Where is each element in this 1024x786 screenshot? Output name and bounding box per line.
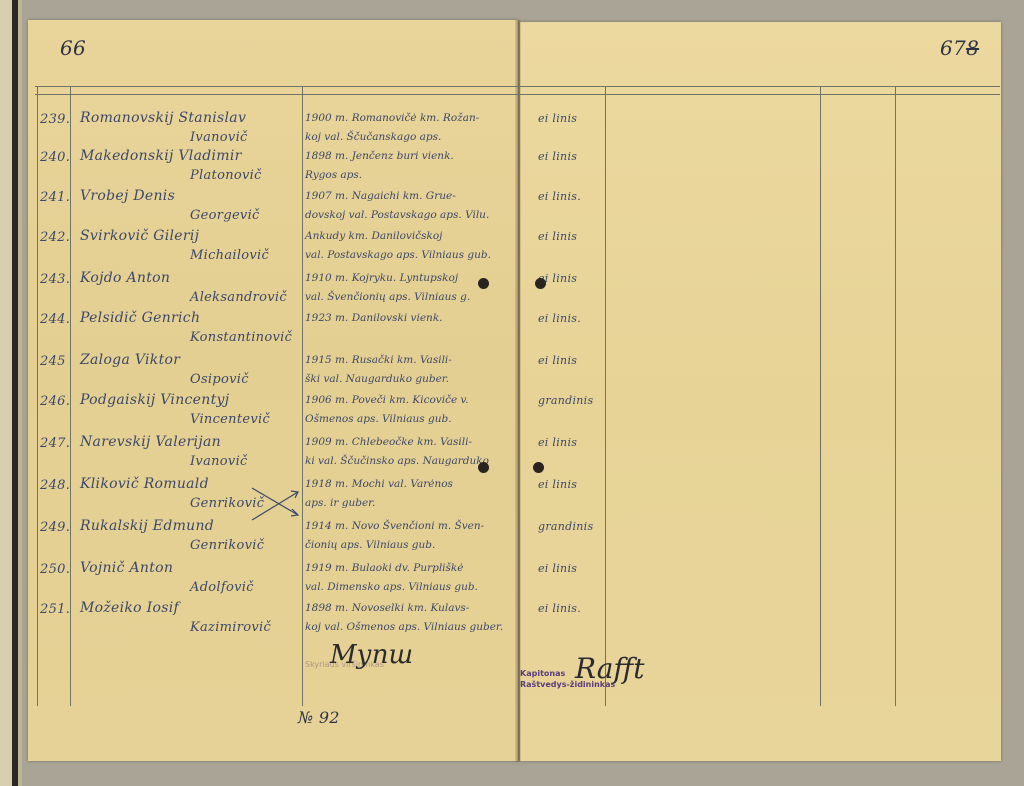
entry-nationality: ei linis bbox=[538, 478, 577, 491]
entry-patronymic: Platonovič bbox=[190, 168, 262, 183]
entry-birth-line-2: ki val. Ščučinsko aps. Naugarduko bbox=[305, 455, 489, 467]
entry-birth-line-1: 1923 m. Danilovski vienk. bbox=[305, 312, 443, 324]
entry-number: 250. bbox=[40, 562, 70, 577]
entry-birth-line-2: dovskoj val. Postavskago aps. Vilu. bbox=[305, 209, 489, 221]
entry-number: 241. bbox=[40, 190, 70, 205]
entry-surname: Podgaiskij Vincentyj bbox=[80, 392, 229, 408]
header-rule-top bbox=[35, 86, 1000, 87]
entry-number: 239. bbox=[40, 112, 70, 127]
entry-birth-line-2: val. Švenčionių aps. Vilniaus g. bbox=[305, 291, 470, 303]
entry-birth-line-1: 1906 m. Poveči km. Kicoviče v. bbox=[305, 394, 469, 406]
entry-patronymic: Vincentevič bbox=[190, 412, 270, 427]
entry-surname: Zaloga Viktor bbox=[80, 352, 180, 368]
sheet-number: № 92 bbox=[298, 708, 340, 727]
entry-patronymic: Aleksandrovič bbox=[190, 290, 287, 305]
left-signature: Мупш bbox=[330, 640, 413, 670]
column-line-right-4 bbox=[895, 86, 896, 706]
column-line-right-3 bbox=[820, 86, 821, 706]
entry-patronymic: Ivanovič bbox=[190, 454, 248, 469]
swap-arrows-icon bbox=[250, 485, 310, 535]
entry-birth-line-2: aps. ir guber. bbox=[305, 497, 375, 509]
entry-patronymic: Michailovič bbox=[190, 248, 269, 263]
entry-birth-line-1: 1918 m. Mochi val. Varėnos bbox=[305, 478, 453, 490]
entry-surname: Možeiko Iosif bbox=[80, 600, 179, 616]
column-line-left-border bbox=[37, 86, 38, 706]
entry-surname: Pelsidič Genrich bbox=[80, 310, 200, 326]
entry-nationality: ei linis bbox=[538, 562, 577, 575]
entry-birth-line-1: 1909 m. Chlebeočke km. Vasili- bbox=[305, 436, 472, 448]
entry-birth-line-1: 1907 m. Nagaichi km. Grue- bbox=[305, 190, 456, 202]
entry-number: 246. bbox=[40, 394, 70, 409]
entry-surname: Kojdo Anton bbox=[80, 270, 170, 286]
entry-birth-line-1: 1914 m. Novo Švenčioni m. Šven- bbox=[305, 520, 484, 532]
entry-number: 248. bbox=[40, 478, 70, 493]
entry-birth-line-2: val. Dimensko aps. Vilniaus gub. bbox=[305, 581, 478, 593]
entry-nationality: ei linis bbox=[538, 112, 577, 125]
entry-birth-line-1: 1898 m. Jenčenz buri vienk. bbox=[305, 150, 454, 162]
entry-birth-line-2: Ošmenos aps. Vilniaus gub. bbox=[305, 413, 452, 425]
entry-number: 240. bbox=[40, 150, 70, 165]
entry-birth-line-2: koj val. Ščučanskago aps. bbox=[305, 131, 441, 143]
entry-number: 244. bbox=[40, 312, 70, 327]
entry-birth-line-2: čionių aps. Vilniaus gub. bbox=[305, 539, 435, 551]
entry-surname: Makedonskij Vladimir bbox=[80, 148, 242, 164]
entry-birth-line-1: Ankudy km. Danilovičskoj bbox=[305, 230, 442, 242]
left-page bbox=[28, 20, 518, 761]
column-line-nationality-right bbox=[605, 86, 606, 706]
entry-nationality: ei linis bbox=[538, 354, 577, 367]
entry-birth-line-1: 1898 m. Novoselki km. Kulavs- bbox=[305, 602, 469, 614]
entry-surname: Narevskij Valerijan bbox=[80, 434, 221, 450]
entry-nationality: ei linis bbox=[538, 230, 577, 243]
book-binding-edge bbox=[0, 0, 22, 786]
entry-birth-line-1: 1900 m. Romanovičė km. Rožan- bbox=[305, 112, 479, 124]
right-signature: Rafft bbox=[575, 652, 645, 685]
entry-number: 243. bbox=[40, 272, 70, 287]
left-page-number: 66 bbox=[60, 36, 86, 60]
entry-nationality: ei linis. bbox=[538, 312, 581, 325]
punch-hole bbox=[533, 462, 544, 473]
entry-number: 249. bbox=[40, 520, 70, 535]
entry-patronymic: Kazimirovič bbox=[190, 620, 271, 635]
entry-birth-line-2: koj val. Ošmenos aps. Vilniaus guber. bbox=[305, 621, 503, 633]
entry-number: 242. bbox=[40, 230, 70, 245]
punch-hole bbox=[478, 462, 489, 473]
right-page-number-value: 67 bbox=[940, 36, 966, 60]
entry-number: 247. bbox=[40, 436, 70, 451]
entry-birth-line-2: ški val. Naugarduko guber. bbox=[305, 373, 449, 385]
entry-birth-line-2: val. Postavskago aps. Vilniaus gub. bbox=[305, 249, 491, 261]
entry-nationality: ei linis. bbox=[538, 602, 581, 615]
entry-surname: Rukalskij Edmund bbox=[80, 518, 214, 534]
entry-birth-line-1: 1915 m. Rusački km. Vasili- bbox=[305, 354, 452, 366]
entry-surname: Vrobej Denis bbox=[80, 188, 175, 204]
entry-birth-line-1: 1919 m. Bulaoki dv. Purpliškė bbox=[305, 562, 464, 574]
entry-number: 245 bbox=[40, 354, 66, 369]
right-page-number: 678 bbox=[940, 36, 979, 60]
entry-patronymic: Konstantinovič bbox=[190, 330, 292, 345]
entry-nationality: ei linis. bbox=[538, 190, 581, 203]
column-line-name-birth bbox=[302, 86, 303, 706]
entry-number: 251. bbox=[40, 602, 70, 617]
book-spine bbox=[515, 20, 521, 762]
punch-hole bbox=[478, 278, 489, 289]
entry-nationality: grandinis bbox=[538, 394, 593, 407]
entry-nationality: grandinis bbox=[538, 520, 593, 533]
right-page bbox=[520, 22, 1001, 761]
punch-hole bbox=[535, 278, 546, 289]
entry-patronymic: Osipovič bbox=[190, 372, 249, 387]
entry-birth-line-2: Rygos aps. bbox=[305, 169, 362, 181]
entry-patronymic: Georgevič bbox=[190, 208, 260, 223]
header-rule-bottom bbox=[35, 94, 1000, 95]
entry-surname: Svirkovič Gilerij bbox=[80, 228, 199, 244]
entry-surname: Romanovskij Stanislav bbox=[80, 110, 246, 126]
entry-patronymic: Adolfovič bbox=[190, 580, 254, 595]
entry-patronymic: Genrikovič bbox=[190, 538, 264, 553]
entry-patronymic: Ivanovič bbox=[190, 130, 248, 145]
entry-nationality: ei linis bbox=[538, 150, 577, 163]
entry-birth-line-1: 1910 m. Kojryku. Lyntupskoj bbox=[305, 272, 458, 284]
entry-surname: Klikovič Romuald bbox=[80, 476, 209, 492]
entry-nationality: ei linis bbox=[538, 436, 577, 449]
right-page-number-struck: 8 bbox=[966, 36, 979, 60]
entry-surname: Vojnič Anton bbox=[80, 560, 173, 576]
